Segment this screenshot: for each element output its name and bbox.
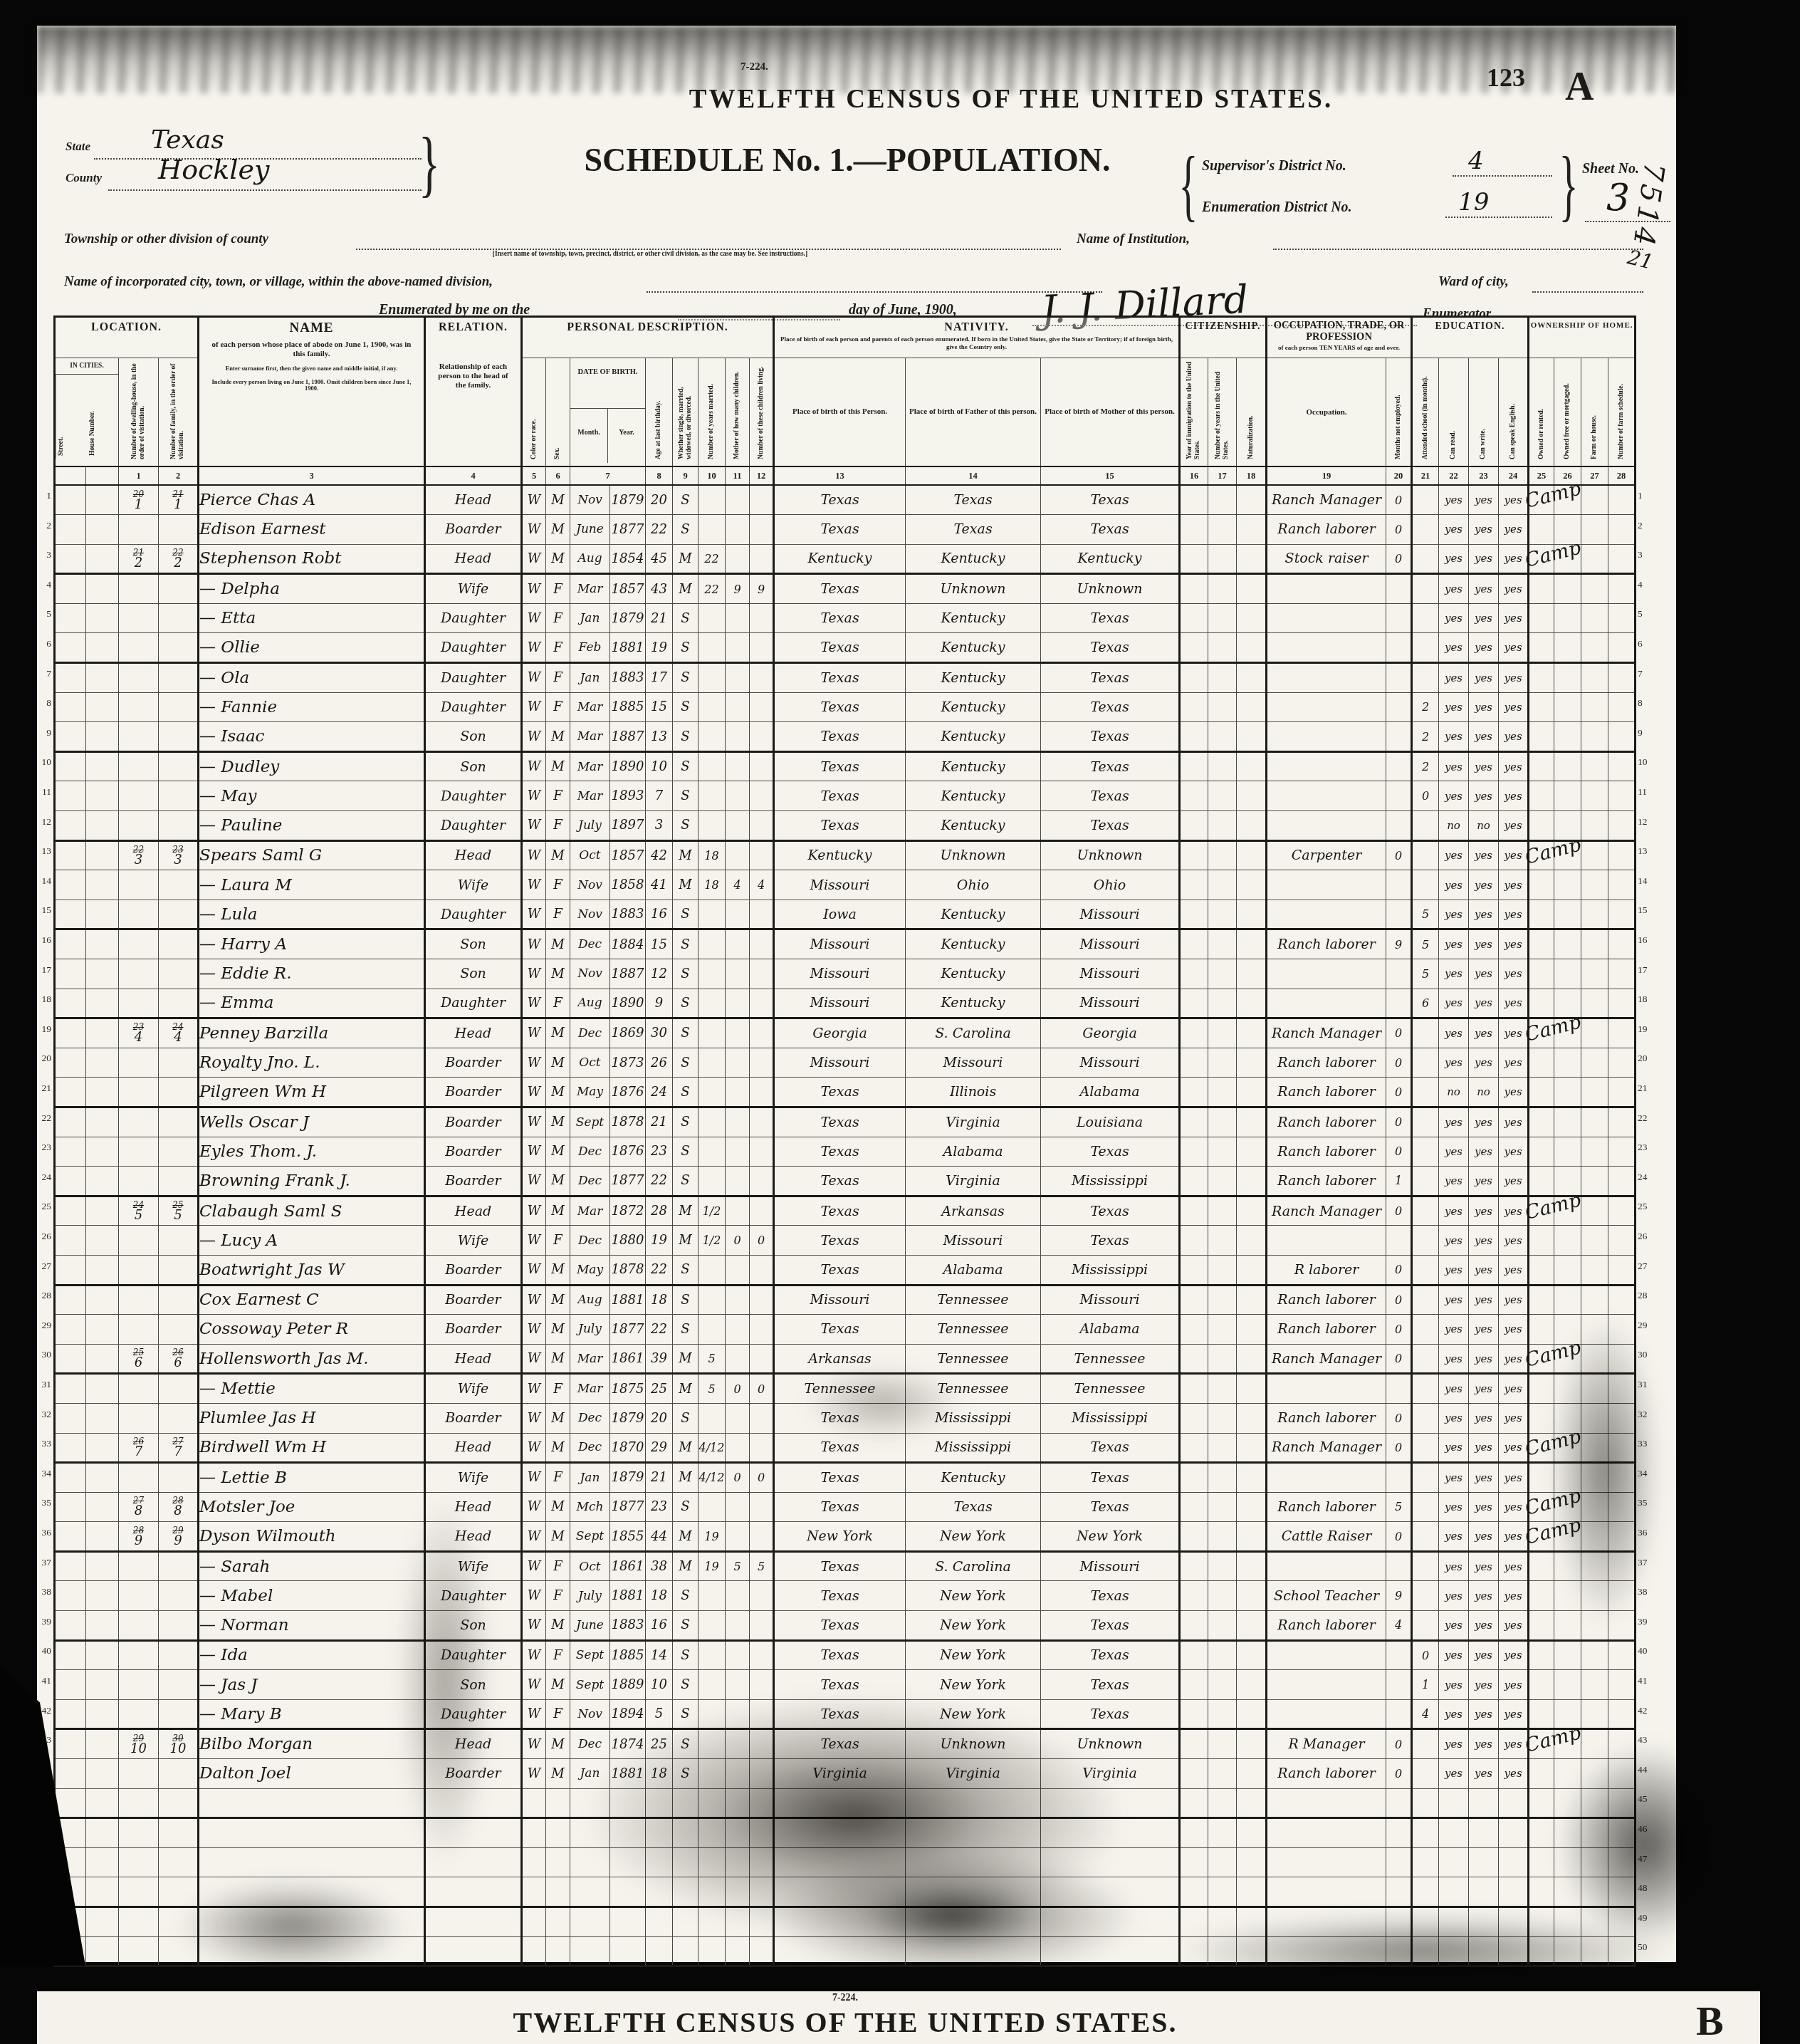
cell-oc-line48 <box>1267 1877 1386 1907</box>
cell-rd-line47 <box>1439 1847 1469 1877</box>
cell-rd-line11: yes <box>1439 781 1469 811</box>
cell-en-line3: yes <box>1499 544 1529 574</box>
cell-pb-line7: Texas <box>774 663 906 693</box>
cell-m-line37: M <box>673 1551 698 1581</box>
cell-o28-line14 <box>1608 870 1636 900</box>
cell-o28-line41 <box>1608 1670 1636 1700</box>
cell-dw-line3: 212 <box>119 544 159 574</box>
cell-en-line41: yes <box>1499 1670 1529 1700</box>
census-row-37: — SarahWifeWFOct186138M1955TexasS. Carol… <box>55 1551 1636 1581</box>
cell-i17-line29 <box>1208 1315 1237 1345</box>
cell-ag-line39: 16 <box>646 1611 673 1641</box>
cell-bm-line2: June <box>570 515 610 545</box>
cell-s-line9: M <box>546 722 570 752</box>
cell-name-line47 <box>199 1847 425 1877</box>
cell-pb-line39: Texas <box>774 1611 906 1641</box>
cell-wr-line44: yes <box>1469 1759 1499 1789</box>
cell-cl-line41 <box>750 1670 774 1700</box>
cell-ym-line19 <box>698 1018 726 1048</box>
cell-s-line13: M <box>546 840 570 870</box>
cell-en-line14: yes <box>1499 870 1529 900</box>
cell-mn-line31 <box>1386 1374 1412 1404</box>
cell-rd-line7: yes <box>1439 663 1469 693</box>
cell-o26-line22 <box>1554 1107 1581 1137</box>
line-number-left-3: 3 <box>36 540 51 570</box>
corrected-number: 3 <box>159 854 197 867</box>
cell-s-line26: F <box>546 1226 570 1256</box>
line-number-right-23: 23 <box>1638 1132 1653 1162</box>
cell-rd-line16: yes <box>1439 929 1469 959</box>
line-number-left-8: 8 <box>36 688 51 718</box>
corrected-number: 1 <box>119 499 158 511</box>
cell-rd-line33: yes <box>1439 1433 1469 1463</box>
line-number-right-27: 27 <box>1638 1251 1653 1281</box>
cell-oc-line1: Ranch Manager <box>1267 485 1386 515</box>
cell-i16-line24 <box>1180 1167 1208 1196</box>
cell-street-line20 <box>55 1048 86 1078</box>
cell-sc-line8: 2 <box>1412 692 1439 722</box>
cell-house-line37 <box>86 1551 119 1581</box>
stain <box>1175 1916 1673 1987</box>
cell-ag-line49 <box>646 1907 673 1937</box>
cell-o25-line27 <box>1529 1255 1554 1285</box>
cell-i16-line12 <box>1180 811 1208 841</box>
cell-street-line28 <box>55 1285 86 1315</box>
cell-i17-line18 <box>1208 989 1237 1018</box>
cell-mn-line33: 0 <box>1386 1433 1412 1463</box>
line-number-left-40: 40 <box>36 1636 51 1666</box>
ward-label: Ward of city, <box>1438 274 1509 290</box>
line-number-right-10: 10 <box>1638 747 1653 777</box>
cell-ym-line41 <box>698 1670 726 1700</box>
cell-cl-line16 <box>750 929 774 959</box>
cell-wr-line27: yes <box>1469 1255 1499 1285</box>
cell-house-line41 <box>86 1670 119 1700</box>
cell-oc-line25: Ranch Manager <box>1267 1196 1386 1226</box>
cell-s-line31: F <box>546 1374 570 1404</box>
line-number-left-17: 17 <box>36 955 51 985</box>
header-owned-rented: Owned or rented. <box>1529 358 1554 467</box>
cell-bm-line35: Mch <box>570 1492 610 1522</box>
cell-i16-line4 <box>1180 574 1208 604</box>
census-row-25: 245255Clabaugh Saml SHeadWMMar187228M1/2… <box>55 1196 1636 1226</box>
cell-rd-line22: yes <box>1439 1107 1469 1137</box>
census-row-40: — IdaDaughterWFSept188514STexasNew YorkT… <box>55 1640 1636 1670</box>
cell-street-line38 <box>55 1581 86 1611</box>
cell-pm-line40: Texas <box>1041 1640 1180 1670</box>
cell-i16-line6 <box>1180 633 1208 663</box>
cell-street-line32 <box>55 1403 86 1433</box>
cell-by-line50 <box>610 1936 646 1966</box>
cell-bm-line33: Dec <box>570 1433 610 1463</box>
cell-en-line15: yes <box>1499 900 1529 929</box>
cell-mn-line10 <box>1386 751 1412 781</box>
cell-s-line36: M <box>546 1522 570 1552</box>
cell-by-line2: 1877 <box>610 515 646 545</box>
cell-by-line15: 1883 <box>610 900 646 929</box>
cell-s-line7: F <box>546 663 570 693</box>
cell-dw-line25: 245 <box>119 1196 159 1226</box>
cell-o25-line7 <box>1529 663 1554 693</box>
cell-bm-line7: Jan <box>570 663 610 693</box>
cell-name-line41: — Jas J <box>199 1670 425 1700</box>
cell-o27-line5 <box>1581 603 1608 633</box>
cell-house-line2 <box>86 515 119 545</box>
cell-bm-line29: July <box>570 1315 610 1345</box>
cell-fm-line6 <box>159 633 199 663</box>
cell-m-line25: M <box>673 1196 698 1226</box>
cell-en-line27: yes <box>1499 1255 1529 1285</box>
cell-name-line21: Pilgreen Wm H <box>199 1078 425 1107</box>
cell-house-line3 <box>86 544 119 574</box>
line-number-left-18: 18 <box>36 984 51 1014</box>
cell-sc-line31 <box>1412 1374 1439 1404</box>
cell-fm-line22 <box>159 1107 199 1137</box>
cell-o25-line23 <box>1529 1137 1554 1167</box>
cell-mo-line19 <box>726 1018 750 1048</box>
cell-s-line20: M <box>546 1048 570 1078</box>
header-farm-house: Farm or house. <box>1581 358 1608 467</box>
cell-sc-line5 <box>1412 603 1439 633</box>
column-number-11: 11 <box>726 466 750 485</box>
cell-wr-line7: yes <box>1469 663 1499 693</box>
cell-i18-line10 <box>1237 751 1267 781</box>
header-house-number: House Number. <box>88 375 119 459</box>
cell-o25-line4 <box>1529 574 1554 604</box>
cell-oc-line35: Ranch laborer <box>1267 1492 1386 1522</box>
column-number-6: 6 <box>546 466 570 485</box>
cell-house-line48 <box>86 1877 119 1907</box>
cell-fm-line21 <box>159 1078 199 1107</box>
cell-i18-line2 <box>1237 515 1267 545</box>
cell-pb-line20: Missouri <box>774 1048 906 1078</box>
cell-name-line30: Hollensworth Jas M. <box>199 1344 425 1374</box>
cell-s-line41: M <box>546 1670 570 1700</box>
column-number-22: 22 <box>1439 466 1469 485</box>
cell-bm-line3: Aug <box>570 544 610 574</box>
cell-wr-line31: yes <box>1469 1374 1499 1404</box>
cell-mo-line40 <box>726 1640 750 1670</box>
cell-mo-line1 <box>726 485 750 515</box>
cell-dw-line38 <box>119 1581 159 1611</box>
cell-wr-line15: yes <box>1469 900 1499 929</box>
cell-house-line16 <box>86 929 119 959</box>
cell-cl-line26: 0 <box>750 1226 774 1256</box>
ward-line <box>1532 291 1643 293</box>
cell-c-line34: W <box>522 1463 546 1493</box>
corrected-number: 10 <box>159 1743 197 1756</box>
cell-wr-line45 <box>1469 1788 1499 1818</box>
cell-mo-line20 <box>726 1048 750 1078</box>
cell-wr-line5: yes <box>1469 603 1499 633</box>
cell-m-line18: S <box>673 989 698 1018</box>
cell-m-line20: S <box>673 1048 698 1078</box>
cell-pb-line29: Texas <box>774 1315 906 1345</box>
cell-i18-line26 <box>1237 1226 1267 1256</box>
census-row-36: 289299Dyson WilmouthHeadWMSept185544M19N… <box>55 1522 1636 1552</box>
cell-en-line34: yes <box>1499 1463 1529 1493</box>
cell-mn-line32: 0 <box>1386 1403 1412 1433</box>
cell-dw-line28 <box>119 1285 159 1315</box>
cell-pb-line27: Texas <box>774 1255 906 1285</box>
cell-rel-line17: Son <box>425 959 522 989</box>
cell-i16-line47 <box>1180 1847 1208 1877</box>
cell-i17-line36 <box>1208 1522 1237 1552</box>
cell-wr-line35: yes <box>1469 1492 1499 1522</box>
cell-dw-line27 <box>119 1255 159 1285</box>
cell-i16-line40 <box>1180 1640 1208 1670</box>
cell-m-line35: S <box>673 1492 698 1522</box>
cell-ag-line22: 21 <box>646 1107 673 1137</box>
cell-rd-line3: yes <box>1439 544 1469 574</box>
cell-name-line34: — Lettie B <box>199 1463 425 1493</box>
line-number-left-29: 29 <box>36 1310 51 1340</box>
cell-sc-line48 <box>1412 1877 1439 1907</box>
cell-sc-line29 <box>1412 1315 1439 1345</box>
cell-i18-line12 <box>1237 811 1267 841</box>
cell-ym-line16 <box>698 929 726 959</box>
cell-ag-line36: 44 <box>646 1522 673 1552</box>
cell-street-line31 <box>55 1374 86 1404</box>
cell-name-line25: Clabaugh Saml S <box>199 1196 425 1226</box>
cell-wr-line19: yes <box>1469 1018 1499 1048</box>
cell-cl-line19 <box>750 1018 774 1048</box>
cell-sc-line13 <box>1412 840 1439 870</box>
cell-name-line27: Boatwright Jas W <box>199 1255 425 1285</box>
table-header: LOCATION. NAME of each person whose plac… <box>55 317 1636 486</box>
line-number-left-28: 28 <box>36 1281 51 1310</box>
cell-pf-line18: Kentucky <box>906 989 1041 1018</box>
cell-oc-line10 <box>1267 751 1386 781</box>
cell-i17-line37 <box>1208 1551 1237 1581</box>
cell-ag-line34: 21 <box>646 1463 673 1493</box>
township-note: [Insert name of township, town, precinct… <box>426 251 874 258</box>
cell-i18-line24 <box>1237 1167 1267 1196</box>
cell-mn-line34 <box>1386 1463 1412 1493</box>
cell-s-line15: F <box>546 900 570 929</box>
cell-pf-line7: Kentucky <box>906 663 1041 693</box>
cell-i17-line30 <box>1208 1344 1237 1374</box>
cell-rel-line2: Boarder <box>425 515 522 545</box>
cell-fm-line39 <box>159 1611 199 1641</box>
cell-oc-line47 <box>1267 1847 1386 1877</box>
cell-fm-line2 <box>159 515 199 545</box>
cell-fm-line47 <box>159 1847 199 1877</box>
cell-by-line40: 1885 <box>610 1640 646 1670</box>
cell-c-line15: W <box>522 900 546 929</box>
cell-mn-line8 <box>1386 692 1412 722</box>
cell-o28-line27 <box>1608 1255 1636 1285</box>
cell-en-line38: yes <box>1499 1581 1529 1611</box>
line-number-right-39: 39 <box>1638 1607 1653 1637</box>
cell-m-line38: S <box>673 1581 698 1611</box>
cell-cl-line30 <box>750 1344 774 1374</box>
census-row-6: — OllieDaughterWFFeb188119STexasKentucky… <box>55 633 1636 663</box>
supervisor-line <box>1453 175 1552 177</box>
cell-wr-line25: yes <box>1469 1196 1499 1226</box>
cell-pm-line9: Texas <box>1041 722 1180 752</box>
cell-pf-line20: Missouri <box>906 1048 1041 1078</box>
cell-pb-line26: Texas <box>774 1226 906 1256</box>
cell-street-line15 <box>55 900 86 929</box>
cell-m-line11: S <box>673 781 698 811</box>
cell-c-line49 <box>522 1907 546 1937</box>
cell-o25-line30: Camp <box>1529 1344 1554 1374</box>
cell-m-line31: M <box>673 1374 698 1404</box>
cell-pb-line35: Texas <box>774 1492 906 1522</box>
cell-name-line18: — Emma <box>199 989 425 1018</box>
cell-oc-line11 <box>1267 781 1386 811</box>
cell-fm-line26 <box>159 1226 199 1256</box>
cell-i17-line6 <box>1208 633 1237 663</box>
line-number-right-13: 13 <box>1638 836 1653 866</box>
county-label: County <box>66 171 102 185</box>
cell-dw-line1: 201 <box>119 485 159 515</box>
cell-sc-line11: 0 <box>1412 781 1439 811</box>
cell-ym-line39 <box>698 1611 726 1641</box>
cell-o25-line5 <box>1529 603 1554 633</box>
cell-rel-line49 <box>425 1907 522 1937</box>
line-number-left-20: 20 <box>36 1043 51 1073</box>
cell-o27-line8 <box>1581 692 1608 722</box>
cell-en-line37: yes <box>1499 1551 1529 1581</box>
line-number-right-16: 16 <box>1638 925 1653 955</box>
cell-sc-line9: 2 <box>1412 722 1439 752</box>
cell-bm-line18: Aug <box>570 989 610 1018</box>
cell-wr-line17: yes <box>1469 959 1499 989</box>
cell-dw-line26 <box>119 1226 159 1256</box>
line-number-left-19: 19 <box>36 1014 51 1044</box>
line-number-right-18: 18 <box>1638 984 1653 1014</box>
cell-rd-line17: yes <box>1439 959 1469 989</box>
cell-street-line30 <box>55 1344 86 1374</box>
cell-sc-line47 <box>1412 1847 1439 1877</box>
cell-bm-line20: Oct <box>570 1048 610 1078</box>
cell-pf-line2: Texas <box>906 515 1041 545</box>
cell-pf-line33: Mississippi <box>906 1433 1041 1463</box>
cell-bm-line4: Mar <box>570 574 610 604</box>
cell-o26-line20 <box>1554 1048 1581 1078</box>
cell-by-line42: 1894 <box>610 1699 646 1729</box>
cell-o25-line10 <box>1529 751 1554 781</box>
cell-mo-line37: 5 <box>726 1551 750 1581</box>
cell-bm-line17: Nov <box>570 959 610 989</box>
cell-i17-line4 <box>1208 574 1237 604</box>
cell-name-line3: Stephenson Robt <box>199 544 425 574</box>
cell-street-line13 <box>55 840 86 870</box>
cell-bm-line32: Dec <box>570 1403 610 1433</box>
cell-m-line4: M <box>673 574 698 604</box>
line-number-left-12: 12 <box>36 807 51 837</box>
census-row-34: — Lettie BWifeWFJan187921M4/1200TexasKen… <box>55 1463 1636 1493</box>
line-number-left-30: 30 <box>36 1340 51 1370</box>
cell-o25-line42 <box>1529 1699 1554 1729</box>
cell-bm-line28: Aug <box>570 1285 610 1315</box>
cell-fm-line5 <box>159 603 199 633</box>
line-number-left-32: 32 <box>36 1399 51 1429</box>
cell-cl-line15 <box>750 900 774 929</box>
cell-i17-line21 <box>1208 1078 1237 1107</box>
cell-mn-line37 <box>1386 1551 1412 1581</box>
line-number-left-24: 24 <box>36 1162 51 1192</box>
cell-pf-line28: Tennessee <box>906 1285 1041 1315</box>
cell-mn-line2: 0 <box>1386 515 1412 545</box>
cell-o26-line11 <box>1554 781 1581 811</box>
cell-i18-line42 <box>1237 1699 1267 1729</box>
census-row-21: Pilgreen Wm HBoarderWMMay187624STexasIll… <box>55 1078 1636 1107</box>
cell-ag-line35: 23 <box>646 1492 673 1522</box>
cell-house-line33 <box>86 1433 119 1463</box>
cell-sc-line16: 5 <box>1412 929 1439 959</box>
cell-wr-line33: yes <box>1469 1433 1499 1463</box>
cell-o25-line8 <box>1529 692 1554 722</box>
cell-oc-line21: Ranch laborer <box>1267 1078 1386 1107</box>
cell-o28-line40 <box>1608 1640 1636 1670</box>
cell-rel-line9: Son <box>425 722 522 752</box>
cell-o28-line4 <box>1608 574 1636 604</box>
cell-ym-line25: 1/2 <box>698 1196 726 1226</box>
cell-c-line33: W <box>522 1433 546 1463</box>
cell-i17-line33 <box>1208 1433 1237 1463</box>
cell-i17-line3 <box>1208 544 1237 574</box>
column-number-24: 24 <box>1499 466 1529 485</box>
cell-bm-line26: Dec <box>570 1226 610 1256</box>
cell-sc-line36 <box>1412 1522 1439 1552</box>
cell-ag-line19: 30 <box>646 1018 673 1048</box>
cell-o25-line11 <box>1529 781 1554 811</box>
cell-ym-line34: 4/12 <box>698 1463 726 1493</box>
cell-pm-line16: Missouri <box>1041 929 1180 959</box>
cell-ym-line32 <box>698 1403 726 1433</box>
cell-dw-line29 <box>119 1315 159 1345</box>
cell-wr-line28: yes <box>1469 1285 1499 1315</box>
cell-s-line10: M <box>546 751 570 781</box>
cell-house-line31 <box>86 1374 119 1404</box>
cell-oc-line26 <box>1267 1226 1386 1256</box>
corrected-number: 4 <box>159 1031 197 1044</box>
cell-o28-line17 <box>1608 959 1636 989</box>
cell-pf-line37: S. Carolina <box>906 1551 1041 1581</box>
cell-pb-line6: Texas <box>774 633 906 663</box>
cell-s-line24: M <box>546 1167 570 1196</box>
cell-sc-line41: 1 <box>1412 1670 1439 1700</box>
column-number-4: 4 <box>425 466 522 485</box>
cell-name-line20: Royalty Jno. L. <box>199 1048 425 1078</box>
cell-pf-line26: Missouri <box>906 1226 1041 1256</box>
column-number-19: 19 <box>1267 466 1386 485</box>
cell-dw-line30: 256 <box>119 1344 159 1374</box>
cell-o27-line11 <box>1581 781 1608 811</box>
cell-bm-line36: Sept <box>570 1522 610 1552</box>
cell-rd-line35: yes <box>1439 1492 1469 1522</box>
cell-name-line44: Dalton Joel <box>199 1759 425 1789</box>
cell-c-line5: W <box>522 603 546 633</box>
cell-s-line40: F <box>546 1640 570 1670</box>
header-can-read: Can read. <box>1439 358 1469 467</box>
cell-c-line27: W <box>522 1255 546 1285</box>
cell-cl-line21 <box>750 1078 774 1107</box>
cell-by-line11: 1893 <box>610 781 646 811</box>
cell-o25-line2 <box>1529 515 1554 545</box>
cell-bm-line48 <box>570 1877 610 1907</box>
cell-fm-line19: 244 <box>159 1018 199 1048</box>
cell-i16-line2 <box>1180 515 1208 545</box>
cell-m-line16: S <box>673 929 698 959</box>
cell-by-line5: 1879 <box>610 603 646 633</box>
cell-o25-line6 <box>1529 633 1554 663</box>
cell-s-line17: M <box>546 959 570 989</box>
header-children-living: Number of these children living. <box>750 358 774 467</box>
